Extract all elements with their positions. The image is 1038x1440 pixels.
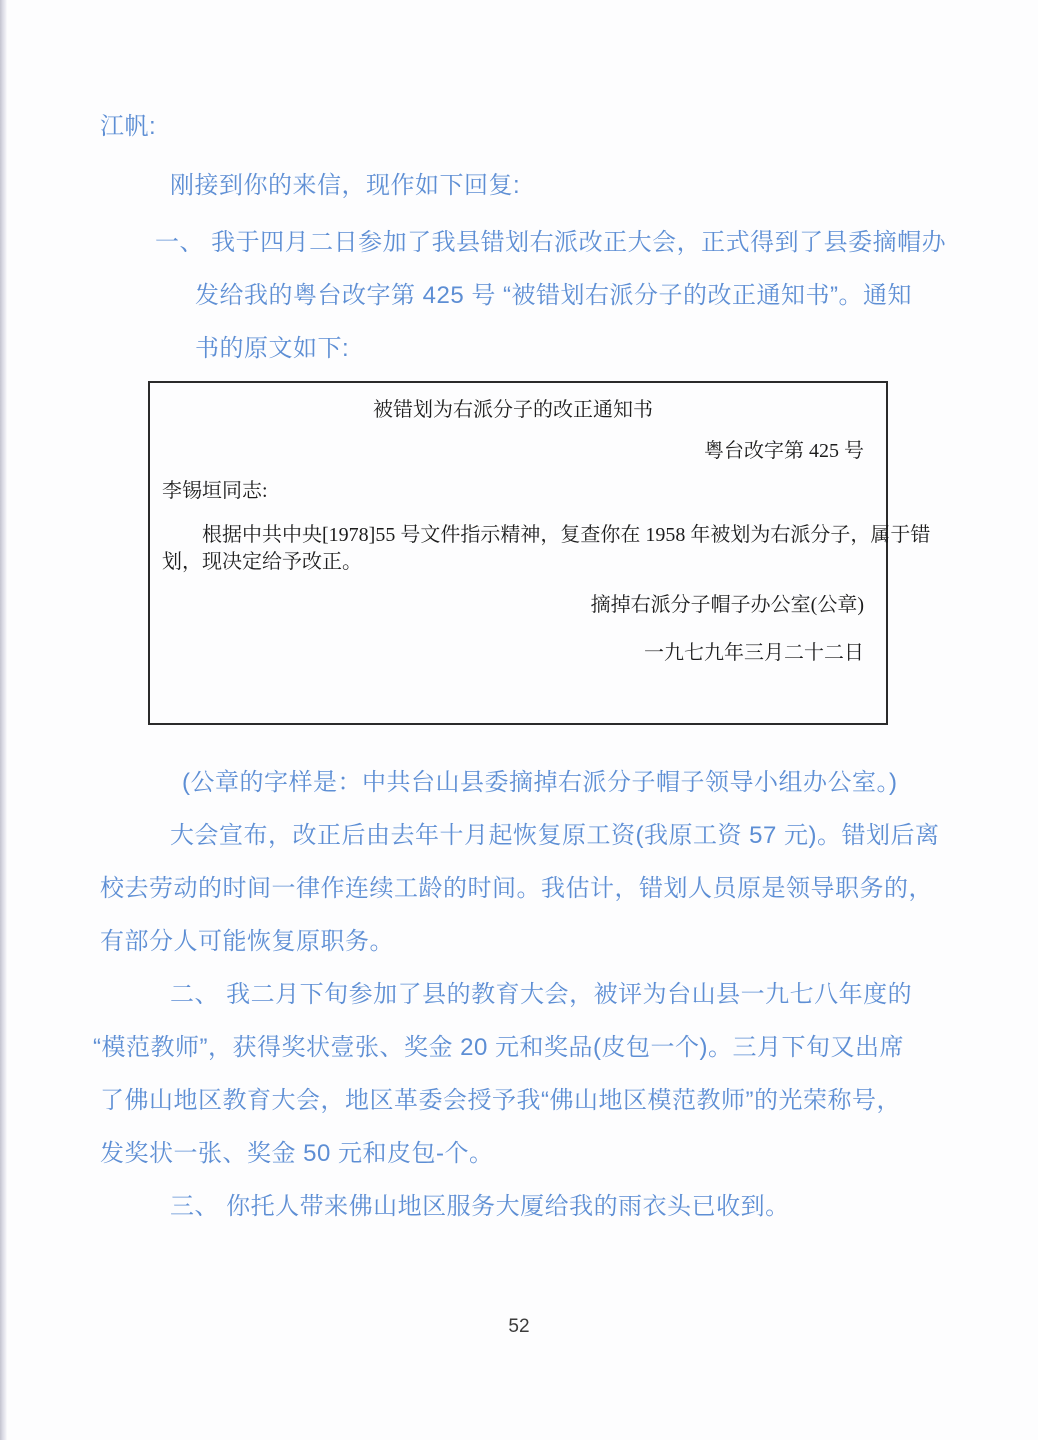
seal-note: (公章的字样是：中共台山县委摘掉右派分子帽子领导小组办公室。) [100,756,960,809]
salutation: 江帆: [100,100,960,153]
notice-body-line-1: 根据中共中央[1978]55 号文件指示精神，复查你在 1958 年被划为右派分… [162,522,864,549]
scan-left-edge [0,0,7,1440]
announce-line-1: 大会宣布，改正后由去年十月起恢复原工资(我原工资 57 元)。错划后离 [100,809,960,862]
announce-line-2: 校去劳动的时间一律作连续工龄的时间。我估计，错划人员原是领导职务的， [100,862,960,915]
item1-line-2: 发给我的粤台改字第 425 号 “被错划右派分子的改正通知书”。通知 [100,269,960,322]
item2-line-3: 了佛山地区教育大会，地区革委会授予我“佛山地区模范教师”的光荣称号， [100,1074,960,1127]
announce-line-3: 有部分人可能恢复原职务。 [100,915,960,968]
item2-line-2: “模范教师”，获得奖状壹张、奖金 20 元和奖品(皮包一个)。三月下旬又出席 [93,1021,960,1074]
item3-line: 三、 你托人带来佛山地区服务大厦给我的雨衣头已收到。 [100,1180,960,1233]
letter-body: 江帆: 刚接到你的来信，现作如下回复: 一、 我于四月二日参加了我县错划右派改正… [100,100,960,1233]
page-number: 52 [0,1313,1038,1340]
item1-line-1: 一、 我于四月二日参加了我县错划右派改正大会，正式得到了县委摘帽办 [100,216,960,269]
opening-line: 刚接到你的来信，现作如下回复: [100,159,960,212]
notice-box: 被错划为右派分子的改正通知书 粤台改字第 425 号 李锡垣同志: 根据中共中央… [148,381,888,725]
item2-line-1: 二、 我二月下旬参加了县的教育大会，被评为台山县一九七八年度的 [100,968,960,1021]
document-page: 江帆: 刚接到你的来信，现作如下回复: 一、 我于四月二日参加了我县错划右派改正… [0,0,1038,1440]
notice-issuer: 摘掉右派分子帽子办公室(公章) [162,592,864,619]
notice-body-line-2: 划，现决定给予改正。 [162,549,864,576]
notice-doc-number: 粤台改字第 425 号 [162,438,864,465]
notice-title: 被错划为右派分子的改正通知书 [162,397,864,424]
item1-line-3: 书的原文如下: [100,322,960,375]
notice-date: 一九七九年三月二十二日 [162,640,864,667]
item2-line-4: 发奖状一张、奖金 50 元和皮包-个。 [100,1127,960,1180]
notice-recipient: 李锡垣同志: [162,478,864,505]
